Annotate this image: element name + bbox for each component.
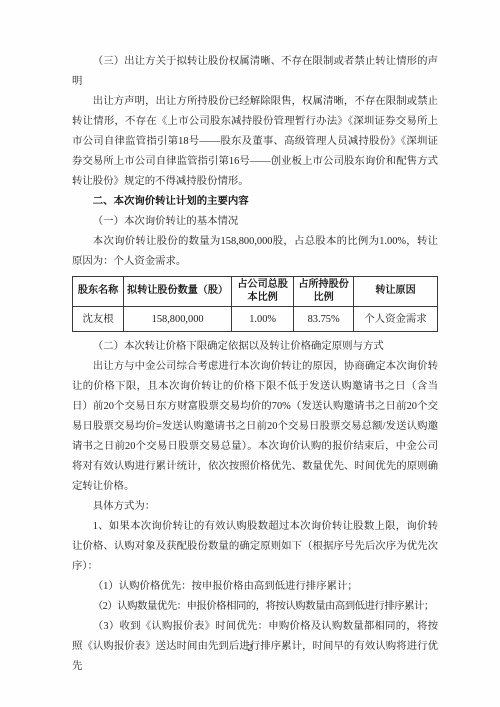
table-cell-transfer-reason: 个人资金需求 <box>354 307 438 332</box>
paragraph-rule-1: 1、如果本次询价转让的有效认购股数超过本次询价转让股数上限，询价转让价格、认购对… <box>72 517 438 577</box>
paragraph-transferor-declaration: 出让方声明，出让方所持股份已经解除限售，权属清晰，不存在限制或禁止转让情形，不存… <box>72 92 438 192</box>
table-cell-pct-total-capital: 1.00% <box>232 307 294 332</box>
paragraph-item-2-quantity-priority: （2）认购数量优先：申报价格相同的，将按认购数量由高到低进行排序累计； <box>72 597 438 617</box>
table-cell-share-quantity: 158,800,000 <box>124 307 232 332</box>
page-number: 2 <box>0 643 500 654</box>
table-header-pct-held-shares: 占所持股份比例 <box>294 277 354 307</box>
paragraph-method-intro: 具体方式为： <box>72 497 438 517</box>
paragraph-price-determination: 出让方与中金公司综合考虑进行本次询价转让的原因，协商确定本次询价转让的价格下限，… <box>72 357 438 497</box>
table-header-pct-total-capital: 占公司总股本比例 <box>232 277 294 307</box>
document-content: （三）出让方关于拟转让股份权属清晰、不存在限制或者禁止转让情形的声明 出让方声明… <box>72 52 438 677</box>
section-heading-price-floor: （二）本次转让价格下限确定依据以及转让价格确定原则与方式 <box>72 337 438 357</box>
paragraph-transfer-basic-info: 本次询价转让股份的数量为158,800,000股，占总股本的比例为1.00%，转… <box>72 232 438 272</box>
table-cell-shareholder-name: 沈友根 <box>73 307 124 332</box>
table-cell-pct-held-shares: 83.75% <box>294 307 354 332</box>
table-header-share-quantity: 拟转让股份数量（股） <box>124 277 232 307</box>
table-header-row: 股东名称 拟转让股份数量（股） 占公司总股本比例 占所持股份比例 转让原因 <box>73 277 438 307</box>
table-header-transfer-reason: 转让原因 <box>354 277 438 307</box>
transfer-details-table: 股东名称 拟转让股份数量（股） 占公司总股本比例 占所持股份比例 转让原因 沈友… <box>72 276 438 332</box>
table-header-shareholder-name: 股东名称 <box>73 277 124 307</box>
section-heading-basic-info: （一）本次询价转让的基本情况 <box>72 212 438 232</box>
document-page: （三）出让方关于拟转让股份权属清晰、不存在限制或者禁止转让情形的声明 出让方声明… <box>0 0 500 707</box>
paragraph-item-1-price-priority: （1）认购价格优先：按申报价格由高到低进行排序累计； <box>72 577 438 597</box>
table-row: 沈友根 158,800,000 1.00% 83.75% 个人资金需求 <box>73 307 438 332</box>
section-heading-part3: （三）出让方关于拟转让股份权属清晰、不存在限制或者禁止转让情形的声明 <box>72 52 438 92</box>
section-heading-main-content: 二、本次询价转让计划的主要内容 <box>72 192 438 212</box>
